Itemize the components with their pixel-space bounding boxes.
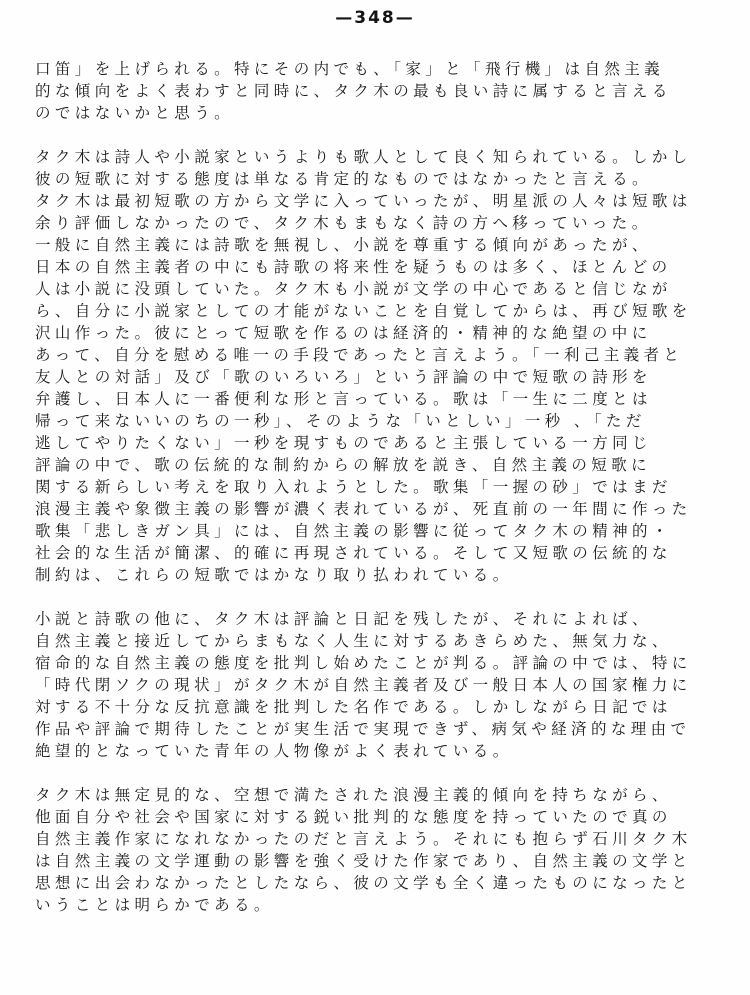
text-line: タク木は無定見的な、空想で満たされた浪漫主義的傾向を持ちながら、 bbox=[35, 784, 730, 806]
text-line: 社会的な生活が簡潔、的確に再現されている。そして又短歌の伝統的な bbox=[35, 542, 730, 564]
paragraph: 口笛」を上げられる。特にその内でも、「家」と「飛行機」は自然主義的な傾向をよく表… bbox=[35, 58, 730, 124]
text-line: 的な傾向をよく表わすと同時に、タク木の最も良い詩に属すると言える bbox=[35, 80, 730, 102]
paragraph: タク木は無定見的な、空想で満たされた浪漫主義的傾向を持ちながら、他面自分や社会や… bbox=[35, 784, 730, 916]
text-line: 作品や評論で期待したことが実生活で実現できず、病気や経済的な理由で bbox=[35, 718, 730, 740]
text-line: 帰って来ないいのちの一秒」、そのような「いとしい」一秒 、「ただ bbox=[35, 410, 730, 432]
text-line: いうことは明らかである。 bbox=[35, 894, 730, 916]
text-line: タク木は詩人や小説家というよりも歌人として良く知られている。しかし bbox=[35, 146, 730, 168]
text-line: 弁護し、日本人に一番便利な形と言っている。歌は「一生に二度とは bbox=[35, 388, 730, 410]
text-line: 浪漫主義や象徴主義の影響が濃く表れているが、死直前の一年間に作った bbox=[35, 498, 730, 520]
text-line: のではないかと思う。 bbox=[35, 102, 730, 124]
text-line: ら、自分に小説家としての才能がないことを自覚してからは、再び短歌を bbox=[35, 300, 730, 322]
text-line: 宿命的な自然主義の態度を批判し始めたことが判る。評論の中では、特に bbox=[35, 652, 730, 674]
text-line: 友人との対話」及び「歌のいろいろ」という評論の中で短歌の詩形を bbox=[35, 366, 730, 388]
text-line: 歌集「悲しきガン具」には、自然主義の影響に従ってタク木の精神的・ bbox=[35, 520, 730, 542]
text-line: 関する新らしい考えを取り入れようとした。歌集「一握の砂」ではまだ bbox=[35, 476, 730, 498]
text-line: 自然主義作家になれなかったのだと言えよう。それにも抱らず石川タク木 bbox=[35, 828, 730, 850]
text-line: 沢山作った。彼にとって短歌を作るのは経済的・精神的な絶望の中に bbox=[35, 322, 730, 344]
text-line: 余り評価しなかったので、タク木もまもなく詩の方へ移っていった。 bbox=[35, 212, 730, 234]
text-line: 日本の自然主義者の中にも詩歌の将来性を疑うものは多く、ほとんどの bbox=[35, 256, 730, 278]
text-line: 一般に自然主義には詩歌を無視し、小説を尊重する傾向があったが、 bbox=[35, 234, 730, 256]
text-line: は自然主義の文学運動の影響を強く受けた作家であり、自然主義の文学と bbox=[35, 850, 730, 872]
text-line: 「時代閉ソクの現状」がタク木が自然主義者及び一般日本人の国家権力に bbox=[35, 674, 730, 696]
text-line: 制約は、これらの短歌ではかなり取り払われている。 bbox=[35, 564, 730, 586]
page-number: —348— bbox=[0, 8, 750, 28]
text-line: 他面自分や社会や国家に対する鋭い批判的な態度を持っていたので真の bbox=[35, 806, 730, 828]
text-line: あって、自分を慰める唯一の手段であったと言えよう。「一利己主義者と bbox=[35, 344, 730, 366]
text-line: 口笛」を上げられる。特にその内でも、「家」と「飛行機」は自然主義 bbox=[35, 58, 730, 80]
document-body: 口笛」を上げられる。特にその内でも、「家」と「飛行機」は自然主義的な傾向をよく表… bbox=[35, 58, 730, 938]
text-line: 彼の短歌に対する態度は単なる肯定的なものではなかったと言える。 bbox=[35, 168, 730, 190]
paragraph: 小説と詩歌の他に、タク木は評論と日記を残したが、それによれば、自然主義と接近して… bbox=[35, 608, 730, 762]
text-line: 人は小説に没頭していた。タク木も小説が文学の中心であると信じなが bbox=[35, 278, 730, 300]
paragraph: タク木は詩人や小説家というよりも歌人として良く知られている。しかし彼の短歌に対す… bbox=[35, 146, 730, 586]
document-page: —348— 口笛」を上げられる。特にその内でも、「家」と「飛行機」は自然主義的な… bbox=[0, 0, 750, 995]
text-line: 絶望的となっていた青年の人物像がよく表れている。 bbox=[35, 740, 730, 762]
text-line: 思想に出会わなかったとしたなら、彼の文学も全く違ったものになったと bbox=[35, 872, 730, 894]
text-line: タク木は最初短歌の方から文学に入っていったが、明星派の人々は短歌は bbox=[35, 190, 730, 212]
text-line: 自然主義と接近してからまもなく人生に対するあきらめた、無気力な、 bbox=[35, 630, 730, 652]
text-line: 評論の中で、歌の伝統的な制約からの解放を説き、自然主義の短歌に bbox=[35, 454, 730, 476]
text-line: 対する不十分な反抗意識を批判した名作である。しかしながら日記では bbox=[35, 696, 730, 718]
text-line: 小説と詩歌の他に、タク木は評論と日記を残したが、それによれば、 bbox=[35, 608, 730, 630]
text-line: 逃してやりたくない」一秒を現すものであると主張している一方同じ bbox=[35, 432, 730, 454]
